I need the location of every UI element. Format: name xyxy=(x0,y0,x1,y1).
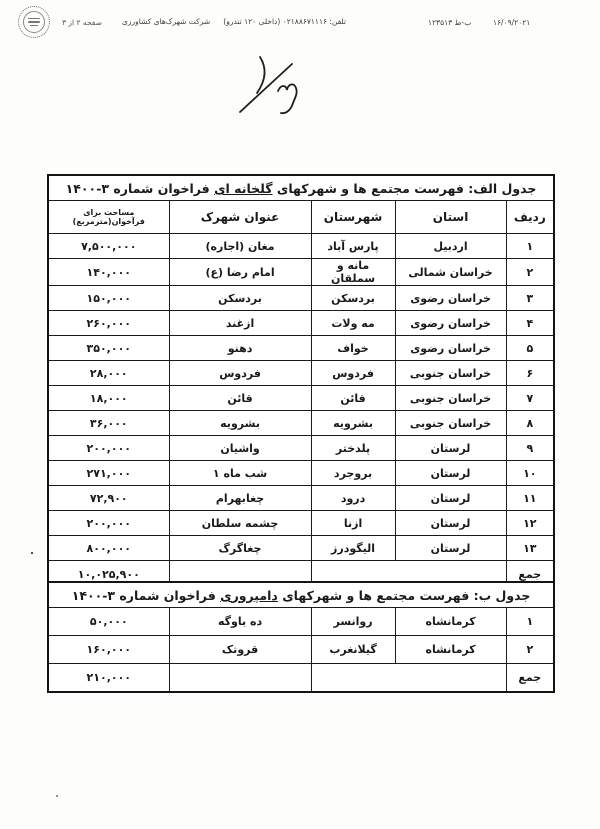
table-row: ۴ خراسان رضوی مه ولات ازغند ۲۶۰,۰۰۰ xyxy=(48,311,554,336)
cell-area: ۱۸,۰۰۰ xyxy=(48,386,169,411)
cell-rank: ۷ xyxy=(506,386,554,411)
cell-town: ده باوگه xyxy=(169,608,311,636)
cell-county: الیگودرز xyxy=(311,536,395,561)
cell-province: خراسان جنوبی xyxy=(395,361,506,386)
cell-county: فردوس xyxy=(311,361,395,386)
table-row: ۶ خراسان جنوبی فردوس فردوس ۲۸,۰۰۰ xyxy=(48,361,554,386)
document-number: ب-ط ۱۲۳۵۱۳ xyxy=(428,18,471,27)
cell-county: مه ولات xyxy=(311,311,395,336)
cell-county: قائن xyxy=(311,386,395,411)
table-a-title-prefix: جدول الف: فهرست مجتمع ها و شهرکهای xyxy=(273,181,537,196)
table-row: ۱۳ لرستان الیگودرز چغاگرگ ۸۰۰,۰۰۰ xyxy=(48,536,554,561)
cell-county: خواف xyxy=(311,336,395,361)
cell-town: قائن xyxy=(169,386,311,411)
cell-town: امام رضا (ع) xyxy=(169,259,311,286)
cell-province: خراسان رضوی xyxy=(395,286,506,311)
page-indicator: صفحه ۲ از ۳ xyxy=(62,18,102,27)
handwritten-mark xyxy=(226,52,338,128)
cell-county: روانسر xyxy=(311,608,395,636)
cell-province: خراسان جنوبی xyxy=(395,386,506,411)
table-a-header-row: ردیف استان شهرستان عنوان شهرک مساحت برای… xyxy=(48,201,554,234)
table-a-title-row: جدول الف: فهرست مجتمع ها و شهرکهای گلخان… xyxy=(48,175,554,201)
table-row: ۱۰ لرستان بروجرد شب ماه ۱ ۲۷۱,۰۰۰ xyxy=(48,461,554,486)
table-b-title: جدول ب: فهرست مجتمع ها و شهرکهای دامپرور… xyxy=(48,582,554,608)
table-livestock-list: جدول ب: فهرست مجتمع ها و شهرکهای دامپرور… xyxy=(47,581,555,693)
cell-rank: ۱۱ xyxy=(506,486,554,511)
cell-province: خراسان رضوی xyxy=(395,336,506,361)
cell-rank: ۴ xyxy=(506,311,554,336)
col-header-town: عنوان شهرک xyxy=(169,201,311,234)
cell-county: بروجرد xyxy=(311,461,395,486)
table-row: ۵ خراسان رضوی خواف دهنو ۳۵۰,۰۰۰ xyxy=(48,336,554,361)
cell-province: کرمانشاه xyxy=(395,608,506,636)
cell-area: ۱۴۰,۰۰۰ xyxy=(48,259,169,286)
cell-area: ۳۶,۰۰۰ xyxy=(48,411,169,436)
cell-town: شب ماه ۱ xyxy=(169,461,311,486)
cell-province: لرستان xyxy=(395,436,506,461)
cell-area: ۵۰,۰۰۰ xyxy=(48,608,169,636)
cell-rank: ۳ xyxy=(506,286,554,311)
cell-province: خراسان جنوبی xyxy=(395,411,506,436)
cell-province: خراسان شمالی xyxy=(395,259,506,286)
cell-rank: ۲ xyxy=(506,259,554,286)
table-row: ۸ خراسان جنوبی بشرویه بشرویه ۳۶,۰۰۰ xyxy=(48,411,554,436)
cell-county: پلدختر xyxy=(311,436,395,461)
cell-area: ۲۷۱,۰۰۰ xyxy=(48,461,169,486)
cell-rank: ۸ xyxy=(506,411,554,436)
cell-province: خراسان رضوی xyxy=(395,311,506,336)
table-row: ۲ کرمانشاه گیلانغرب قروتک ۱۶۰,۰۰۰ xyxy=(48,636,554,664)
col-header-county: شهرستان xyxy=(311,201,395,234)
company-header-line: شرکت شهرک‌های کشاورزی تلفن: ۰۲۱۸۸۶۷۱۱۱۶ … xyxy=(122,17,346,26)
cell-area: ۲۸,۰۰۰ xyxy=(48,361,169,386)
total-area: ۲۱۰,۰۰۰ xyxy=(48,664,169,693)
cell-town: بردسکن xyxy=(169,286,311,311)
table-a-title: جدول الف: فهرست مجتمع ها و شهرکهای گلخان… xyxy=(48,175,554,201)
table-a-title-suffix: فراخوان شماره ۳-۱۴۰۰ xyxy=(66,181,214,196)
cell-rank: ۱۲ xyxy=(506,511,554,536)
cell-province: لرستان xyxy=(395,511,506,536)
cell-rank: ۱ xyxy=(506,234,554,259)
table-b-total-row: جمع ۲۱۰,۰۰۰ xyxy=(48,664,554,693)
table-row: ۱ اردبیل پارس آباد مغان (اجاره) ۷,۵۰۰,۰۰… xyxy=(48,234,554,259)
table-row: ۷ خراسان جنوبی قائن قائن ۱۸,۰۰۰ xyxy=(48,386,554,411)
cell-rank: ۵ xyxy=(506,336,554,361)
cell-rank: ۱ xyxy=(506,608,554,636)
scan-speck xyxy=(56,795,58,797)
table-a-title-keyword: گلخانه ای xyxy=(214,181,272,196)
cell-area: ۷,۵۰۰,۰۰۰ xyxy=(48,234,169,259)
cell-area: ۲۶۰,۰۰۰ xyxy=(48,311,169,336)
cell-rank: ۱۳ xyxy=(506,536,554,561)
table-row: ۱۲ لرستان ازنا چشمه سلطان ۲۰۰,۰۰۰ xyxy=(48,511,554,536)
table-b-title-row: جدول ب: فهرست مجتمع ها و شهرکهای دامپرور… xyxy=(48,582,554,608)
cell-area: ۲۰۰,۰۰۰ xyxy=(48,511,169,536)
cell-county: درود xyxy=(311,486,395,511)
cell-town: مغان (اجاره) xyxy=(169,234,311,259)
table-row: ۱۱ لرستان درود چغابهرام ۷۲,۹۰۰ xyxy=(48,486,554,511)
cell-county: گیلانغرب xyxy=(311,636,395,664)
cell-rank: ۲ xyxy=(506,636,554,664)
table-row: ۳ خراسان رضوی بردسکن بردسکن ۱۵۰,۰۰۰ xyxy=(48,286,554,311)
table-b-title-keyword: دامپروری xyxy=(220,588,278,603)
cell-town: دهنو xyxy=(169,336,311,361)
table-row: ۹ لرستان پلدختر واشیان ۲۰۰,۰۰۰ xyxy=(48,436,554,461)
col-header-area: مساحت برای فرآخوان(مترمربع) xyxy=(48,201,169,234)
company-name: شرکت شهرک‌های کشاورزی xyxy=(122,17,210,26)
cell-town: بشرویه xyxy=(169,411,311,436)
cell-town: چشمه سلطان xyxy=(169,511,311,536)
table-b-title-suffix: فراخوان شماره ۳-۱۴۰۰ xyxy=(72,588,220,603)
company-phone: تلفن: ۰۲۱۸۸۶۷۱۱۱۶ (داخلی ۱۲۰ تندرو) xyxy=(223,17,346,26)
cell-rank: ۹ xyxy=(506,436,554,461)
cell-rank: ۱۰ xyxy=(506,461,554,486)
empty-cell xyxy=(169,664,311,693)
table-row: ۱ کرمانشاه روانسر ده باوگه ۵۰,۰۰۰ xyxy=(48,608,554,636)
empty-cell xyxy=(311,664,506,693)
cell-area: ۲۰۰,۰۰۰ xyxy=(48,436,169,461)
cell-province: اردبیل xyxy=(395,234,506,259)
cell-town: ازغند xyxy=(169,311,311,336)
table-b-title-prefix: جدول ب: فهرست مجتمع ها و شهرکهای xyxy=(278,588,531,603)
col-header-rank: ردیف xyxy=(506,201,554,234)
cell-rank: ۶ xyxy=(506,361,554,386)
cell-town: واشیان xyxy=(169,436,311,461)
cell-area: ۸۰۰,۰۰۰ xyxy=(48,536,169,561)
cell-area: ۳۵۰,۰۰۰ xyxy=(48,336,169,361)
cell-area: ۱۶۰,۰۰۰ xyxy=(48,636,169,664)
cell-province: لرستان xyxy=(395,461,506,486)
cell-town: قروتک xyxy=(169,636,311,664)
cell-town: چغابهرام xyxy=(169,486,311,511)
cell-county: مانه و سملقان xyxy=(311,259,395,286)
cell-county: پارس آباد xyxy=(311,234,395,259)
cell-county: بشرویه xyxy=(311,411,395,436)
cell-province: لرستان xyxy=(395,536,506,561)
cell-county: بردسکن xyxy=(311,286,395,311)
table-row: ۲ خراسان شمالی مانه و سملقان امام رضا (ع… xyxy=(48,259,554,286)
col-header-province: استان xyxy=(395,201,506,234)
cell-province: کرمانشاه xyxy=(395,636,506,664)
cell-town: فردوس xyxy=(169,361,311,386)
document-date: ۱۶/۰۹/۲۰۲۱ xyxy=(493,18,530,27)
cell-area: ۱۵۰,۰۰۰ xyxy=(48,286,169,311)
scan-speck xyxy=(31,552,33,554)
cell-province: لرستان xyxy=(395,486,506,511)
cell-county: ازنا xyxy=(311,511,395,536)
official-seal-stamp-icon xyxy=(18,6,50,38)
cell-area: ۷۲,۹۰۰ xyxy=(48,486,169,511)
cell-town: چغاگرگ xyxy=(169,536,311,561)
total-label: جمع xyxy=(506,664,554,693)
table-greenhouse-list: جدول الف: فهرست مجتمع ها و شهرکهای گلخان… xyxy=(47,174,555,590)
